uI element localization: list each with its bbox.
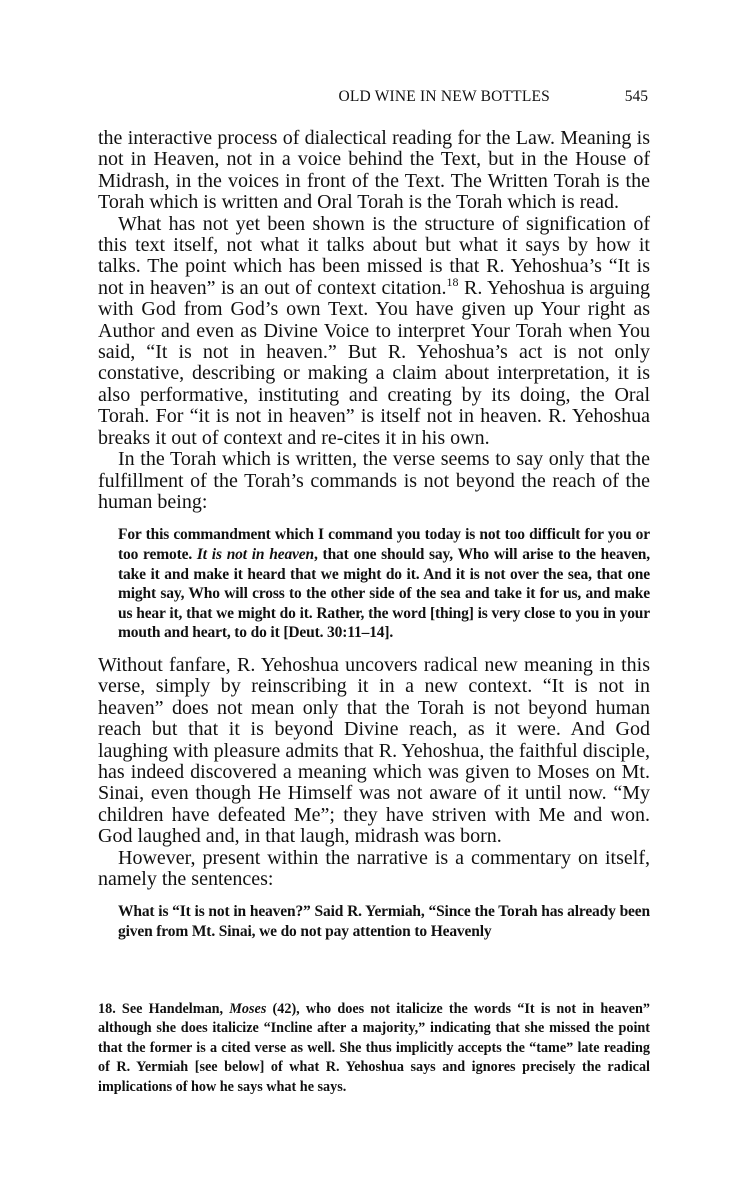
running-head-title: OLD WINE IN NEW BOTTLES bbox=[338, 88, 550, 106]
footnote-book-title: Moses bbox=[229, 1001, 266, 1017]
paragraph-1: the interactive process of dialectical r… bbox=[98, 128, 650, 214]
block-quote-yermiah: What is “It is not in heaven?” Said R. Y… bbox=[118, 902, 650, 941]
running-head: OLD WINE IN NEW BOTTLES 545 bbox=[98, 88, 650, 110]
paragraph-2: What has not yet been shown is the struc… bbox=[98, 214, 650, 449]
paragraph-2-continuation: R. Yehoshua is arguing with God from God… bbox=[98, 277, 650, 449]
paragraph-3: In the Torah which is written, the verse… bbox=[98, 449, 650, 513]
footnote-number: 18. bbox=[98, 1001, 116, 1017]
footnote-text: See Handelman, bbox=[116, 1001, 230, 1017]
paragraph-4: Without fanfare, R. Yehoshua uncovers ra… bbox=[98, 655, 650, 848]
page-number: 545 bbox=[625, 88, 648, 106]
footnote-ref-18[interactable]: 18 bbox=[447, 275, 459, 289]
block-quote-deuteronomy: For this commandment which I command you… bbox=[118, 525, 650, 643]
paragraph-5: However, present within the narrative is… bbox=[98, 848, 650, 891]
footnote-18: 18. See Handelman, Moses (42), who does … bbox=[98, 1000, 650, 1097]
body-text: the interactive process of dialectical r… bbox=[98, 128, 650, 954]
quote-emphasis: It is not in heaven bbox=[197, 546, 314, 563]
